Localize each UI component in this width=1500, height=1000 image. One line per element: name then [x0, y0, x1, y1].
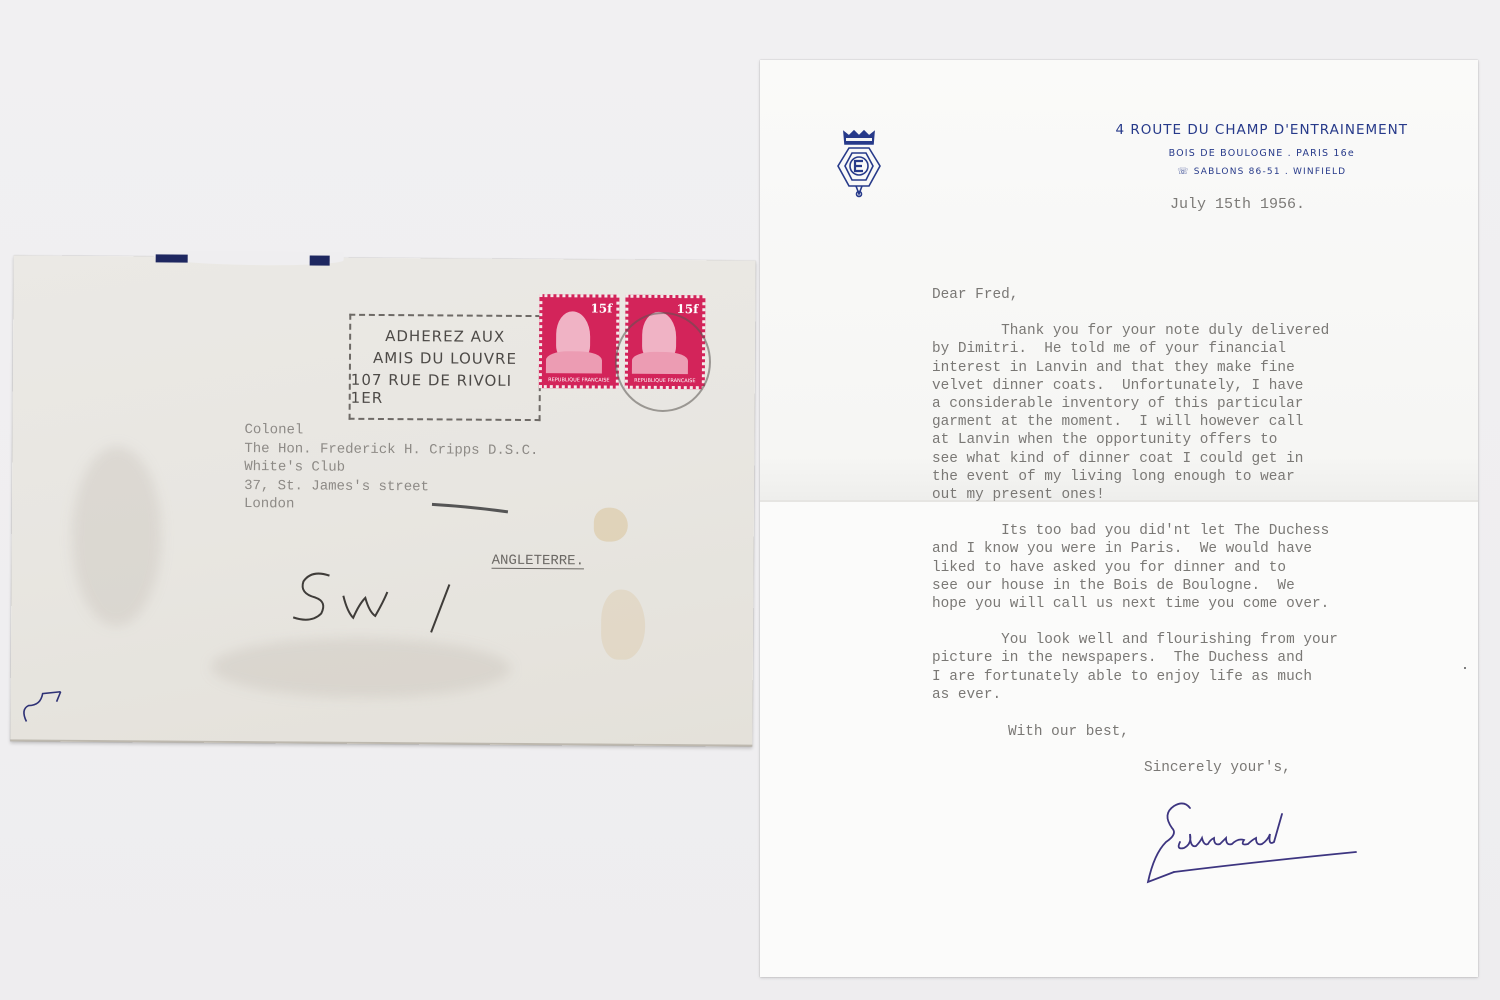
text-line: the event of my living long enough to we… [932, 468, 1452, 486]
postage-stamp: 15f REPUBLIQUE FRANCAISE [539, 294, 620, 389]
sign-off: Sincerely your's, [1144, 760, 1291, 776]
envelope: ADHEREZ AUX AMIS DU LOUVRE 107 RUE DE RI… [10, 255, 755, 746]
envelope-smudge [71, 446, 162, 627]
text-line: picture in the newspapers. The Duchess a… [932, 649, 1452, 667]
text-line: Its too bad you did'nt let The Duchess [932, 522, 1452, 540]
stamp-value: 15f [676, 302, 698, 316]
address-line: White's Club [244, 458, 538, 479]
text-line: see what kind of dinner coat I could get… [932, 450, 1452, 468]
envelope-lining [156, 254, 188, 262]
text-line: You look well and flourishing from your [932, 631, 1452, 649]
text-line: and I know you were in Paris. We would h… [932, 540, 1452, 558]
stamp-bust [546, 351, 602, 373]
telephone-icon: ☏ [1177, 167, 1194, 177]
letterhead-telephone-telegraph: ☏ SABLONS 86-51 . WINFIELD [1116, 167, 1408, 177]
address-line: Colonel [244, 421, 538, 442]
letterhead-address: 4 ROUTE DU CHAMP D'ENTRAINEMENT [1116, 122, 1408, 138]
paragraph-1: Thank you for your note duly delivered b… [932, 322, 1452, 504]
stamp-value: 15f [590, 301, 612, 315]
postal-cancellation-slogan: ADHEREZ AUX AMIS DU LOUVRE 107 RUE DE RI… [349, 314, 542, 421]
circular-postmark [615, 312, 712, 413]
envelope-stain [594, 507, 628, 541]
letterhead-city: BOIS DE BOULOGNE . PARIS 16e [1116, 148, 1408, 159]
salutation: Dear Fred, [932, 286, 1452, 304]
letter-body: Dear Fred, Thank you for your note duly … [932, 286, 1452, 704]
closing-line: With our best, [1008, 724, 1129, 740]
envelope-lining [310, 255, 330, 265]
text-line: liked to have asked you for dinner and t… [932, 559, 1452, 577]
text-line: I are fortunately able to enjoy life as … [932, 668, 1452, 686]
pencil-strike-mark [430, 500, 510, 515]
letterhead-contact: SABLONS 86-51 . WINFIELD [1194, 167, 1347, 177]
stamp-legend: REPUBLIQUE FRANCAISE [542, 377, 616, 384]
text-line: hope you will call us next time you come… [932, 595, 1452, 613]
text-line: velvet dinner coats. Unfortunately, I ha… [932, 377, 1452, 395]
cancel-line-1: ADHEREZ AUX [385, 327, 505, 346]
destination-country: ANGLETERRE. [492, 553, 585, 570]
text-line: by Dimitri. He told me of your financial [932, 340, 1452, 358]
typed-letter: 4 ROUTE DU CHAMP D'ENTRAINEMENT BOIS DE … [760, 60, 1478, 977]
ducal-crest-icon [836, 128, 882, 200]
text-line: at Lanvin when the opportunity offers to [932, 431, 1452, 449]
text-line: interest in Lanvin and that they make fi… [932, 359, 1452, 377]
letter-date: July 15th 1956. [1170, 196, 1305, 213]
text-line: as ever. [932, 686, 1452, 704]
text-line: Thank you for your note duly delivered [932, 322, 1452, 340]
address-line: The Hon. Frederick H. Cripps D.S.C. [244, 440, 538, 461]
text-line: a considerable inventory of this particu… [932, 395, 1452, 413]
text-line: out my present ones! [932, 486, 1452, 504]
cancel-line-2: AMIS DU LOUVRE [373, 349, 517, 368]
handwritten-corner-mark [16, 687, 66, 729]
photo-background: ADHEREZ AUX AMIS DU LOUVRE 107 RUE DE RI… [0, 0, 1500, 1000]
paper-speck [1464, 667, 1466, 669]
address-line: 37, St. James's street [244, 477, 538, 498]
signature-edward [1144, 798, 1364, 888]
handwritten-postcode-sw1 [281, 567, 472, 648]
paragraph-3: You look well and flourishing from your … [932, 631, 1452, 704]
text-line: see our house in the Bois de Boulogne. W… [932, 577, 1452, 595]
envelope-stain [601, 590, 645, 660]
text-line: garment at the moment. I will however ca… [932, 413, 1452, 431]
cancel-line-3: 107 RUE DE RIVOLI 1ER [351, 371, 539, 408]
paragraph-2: Its too bad you did'nt let The Duchess a… [932, 522, 1452, 613]
letterhead: 4 ROUTE DU CHAMP D'ENTRAINEMENT BOIS DE … [1116, 122, 1408, 177]
